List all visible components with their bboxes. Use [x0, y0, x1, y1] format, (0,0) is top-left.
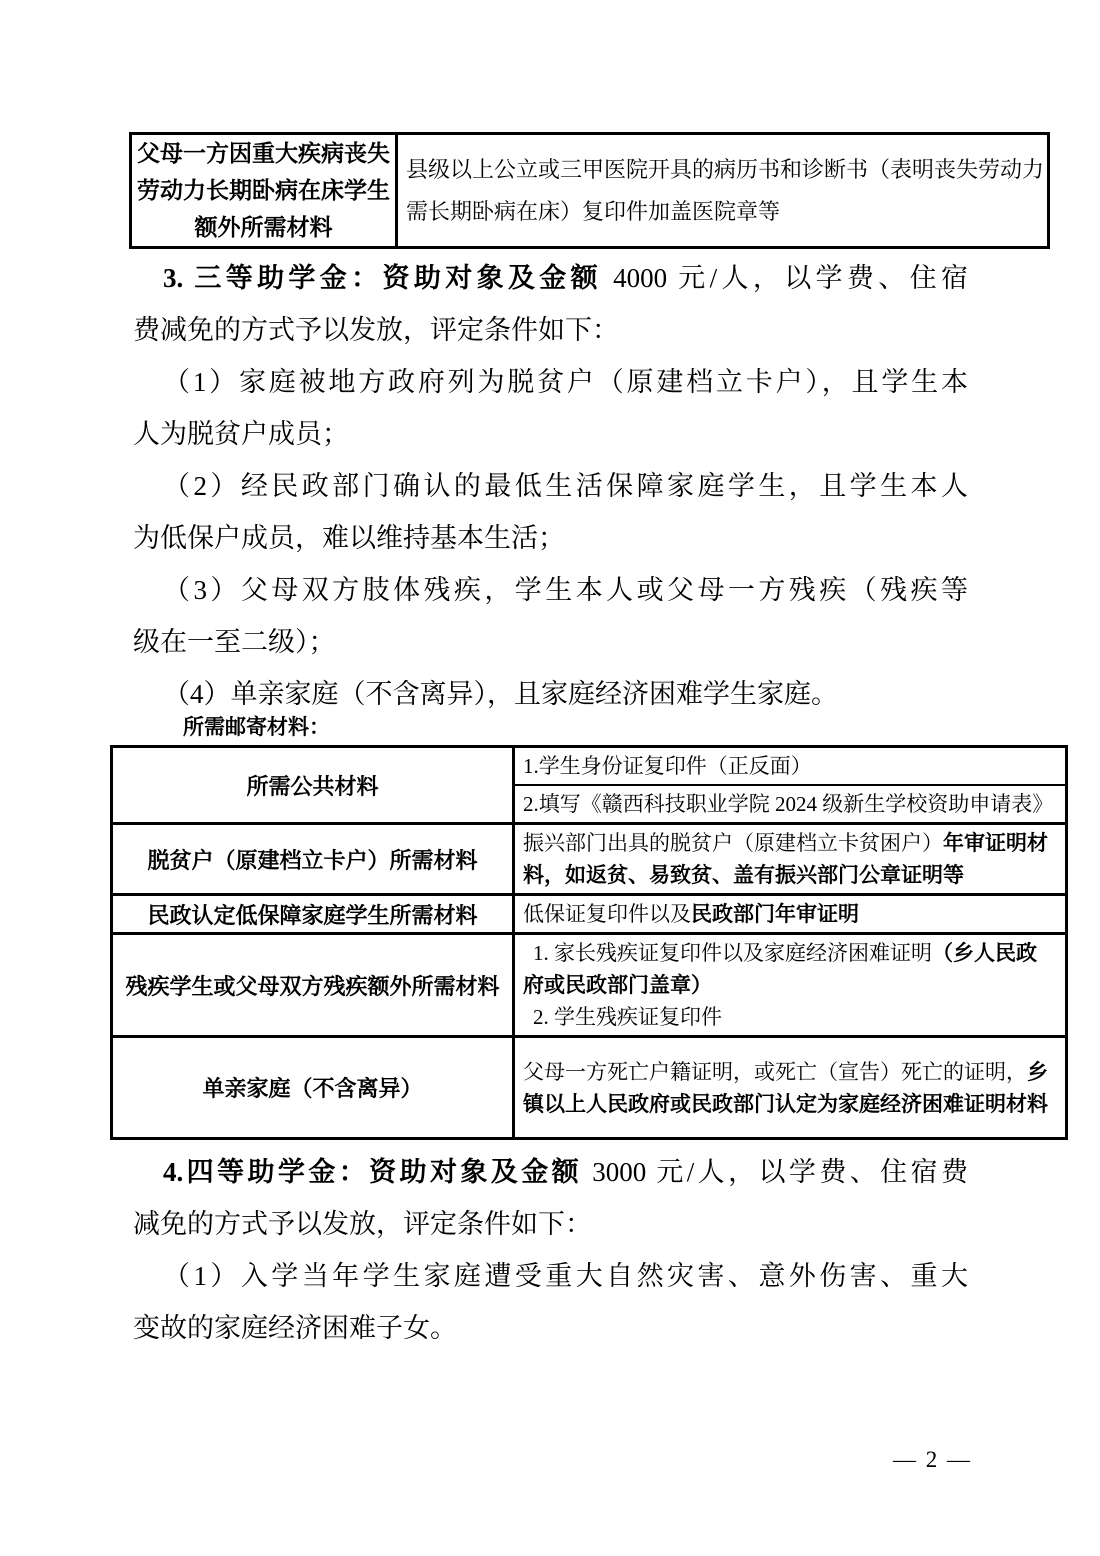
table-content-cell: 2.填写《赣西科技职业学院 2024 级新生学校资助申请表》 — [514, 785, 1067, 824]
paragraph-line: 人为脱贫户成员； — [133, 408, 968, 460]
table-content-cell: 振兴部门出具的脱贫户（原建档立卡贫困户）年审证明材料，如返贫、易致贫、盖有振兴部… — [514, 824, 1067, 895]
section-grade3: 3. 三等助学金：资助对象及金额 4000 元/人，以学费、住宿 费减免的方式予… — [133, 252, 968, 720]
table-label-cell: 民政认定低保障家庭学生所需材料 — [112, 895, 514, 934]
table-label-cell: 父母一方因重大疾病丧失劳动力长期卧病在床学生额外所需材料 — [131, 134, 397, 248]
table-row: 单亲家庭（不含离异） 父母一方死亡户籍证明，或死亡（宣告）死亡的证明，乡镇以上人… — [112, 1037, 1067, 1139]
heading-rest-text: 3000 元/人，以学费、住宿费 — [582, 1157, 968, 1187]
paragraph-line: 变故的家庭经济困难子女。 — [133, 1302, 968, 1354]
section-grade4: 4.四等助学金：资助对象及金额 3000 元/人，以学费、住宿费 减免的方式予以… — [133, 1146, 968, 1354]
paragraph-line: （3）父母双方肢体残疾，学生本人或父母一方残疾（残疾等 — [133, 564, 968, 616]
mail-materials-heading: 所需邮寄材料： — [183, 711, 330, 741]
table-content-cell: 1. 家长残疾证复印件以及家庭经济困难证明（乡人民政府或民政部门盖章） 2. 学… — [514, 934, 1067, 1037]
medical-materials-table: 父母一方因重大疾病丧失劳动力长期卧病在床学生额外所需材料 县级以上公立或三甲医院… — [129, 132, 1050, 249]
content-regular-text: 振兴部门出具的脱贫户（原建档立卡贫困户） — [523, 831, 943, 855]
paragraph-line: 减免的方式予以发放，评定条件如下： — [133, 1198, 968, 1250]
table-row: 残疾学生或父母双方残疾额外所需材料 1. 家长残疾证复印件以及家庭经济困难证明（… — [112, 934, 1067, 1037]
heading-rest-text: 4000 元/人，以学费、住宿 — [602, 263, 968, 293]
table-row: 所需公共材料 1.学生身份证复印件（正反面） — [112, 747, 1067, 786]
list-item: 2. 学生残疾证复印件 — [523, 1001, 1057, 1033]
mailing-materials-table: 所需公共材料 1.学生身份证复印件（正反面） 2.填写《赣西科技职业学院 202… — [110, 745, 1068, 1140]
paragraph-line: （1）入学当年学生家庭遭受重大自然灾害、意外伤害、重大 — [133, 1250, 968, 1302]
heading-bold-text: 3. 三等助学金：资助对象及金额 — [163, 263, 602, 293]
table-content-cell: 县级以上公立或三甲医院开具的病历书和诊断书（表明丧失劳动力需长期卧病在床）复印件… — [397, 134, 1049, 248]
table-label-cell: 所需公共材料 — [112, 747, 514, 824]
table-row: 父母一方因重大疾病丧失劳动力长期卧病在床学生额外所需材料 县级以上公立或三甲医院… — [131, 134, 1049, 248]
table-row: 民政认定低保障家庭学生所需材料 低保证复印件以及民政部门年审证明 — [112, 895, 1067, 934]
table-label-cell: 残疾学生或父母双方残疾额外所需材料 — [112, 934, 514, 1037]
table-label-cell: 脱贫户（原建档立卡户）所需材料 — [112, 824, 514, 895]
paragraph-line: 费减免的方式予以发放，评定条件如下： — [133, 304, 968, 356]
table-content-cell: 父母一方死亡户籍证明，或死亡（宣告）死亡的证明，乡镇以上人民政府或民政部门认定为… — [514, 1037, 1067, 1139]
page-number: — 2 — — [893, 1447, 972, 1473]
table-label-cell: 单亲家庭（不含离异） — [112, 1037, 514, 1139]
paragraph-line: 级在一至二级）； — [133, 616, 968, 668]
table-content-cell: 1.学生身份证复印件（正反面） — [514, 747, 1067, 786]
paragraph-line: 3. 三等助学金：资助对象及金额 4000 元/人，以学费、住宿 — [133, 252, 968, 304]
content-regular-text: 低保证复印件以及 — [523, 902, 691, 926]
paragraph-line: （2）经民政部门确认的最低生活保障家庭学生，且学生本人 — [133, 460, 968, 512]
content-bold-text: 民政部门年审证明 — [691, 902, 859, 926]
document-page: 父母一方因重大疾病丧失劳动力长期卧病在床学生额外所需材料 县级以上公立或三甲医院… — [0, 0, 1100, 1556]
paragraph-line: 为低保户成员，难以维持基本生活； — [133, 512, 968, 564]
paragraph-line: 4.四等助学金：资助对象及金额 3000 元/人，以学费、住宿费 — [133, 1146, 968, 1198]
heading-bold-text: 4.四等助学金：资助对象及金额 — [163, 1157, 582, 1187]
content-regular-text: 父母一方死亡户籍证明，或死亡（宣告）死亡的证明， — [523, 1060, 1027, 1084]
paragraph-line: （1）家庭被地方政府列为脱贫户（原建档立卡户），且学生本 — [133, 356, 968, 408]
content-regular-text: 1. 家长残疾证复印件以及家庭经济困难证明 — [533, 941, 932, 965]
table-row: 脱贫户（原建档立卡户）所需材料 振兴部门出具的脱贫户（原建档立卡贫困户）年审证明… — [112, 824, 1067, 895]
list-item: 1. 家长残疾证复印件以及家庭经济困难证明（乡人民政府或民政部门盖章） — [523, 937, 1057, 1001]
table-content-cell: 低保证复印件以及民政部门年审证明 — [514, 895, 1067, 934]
